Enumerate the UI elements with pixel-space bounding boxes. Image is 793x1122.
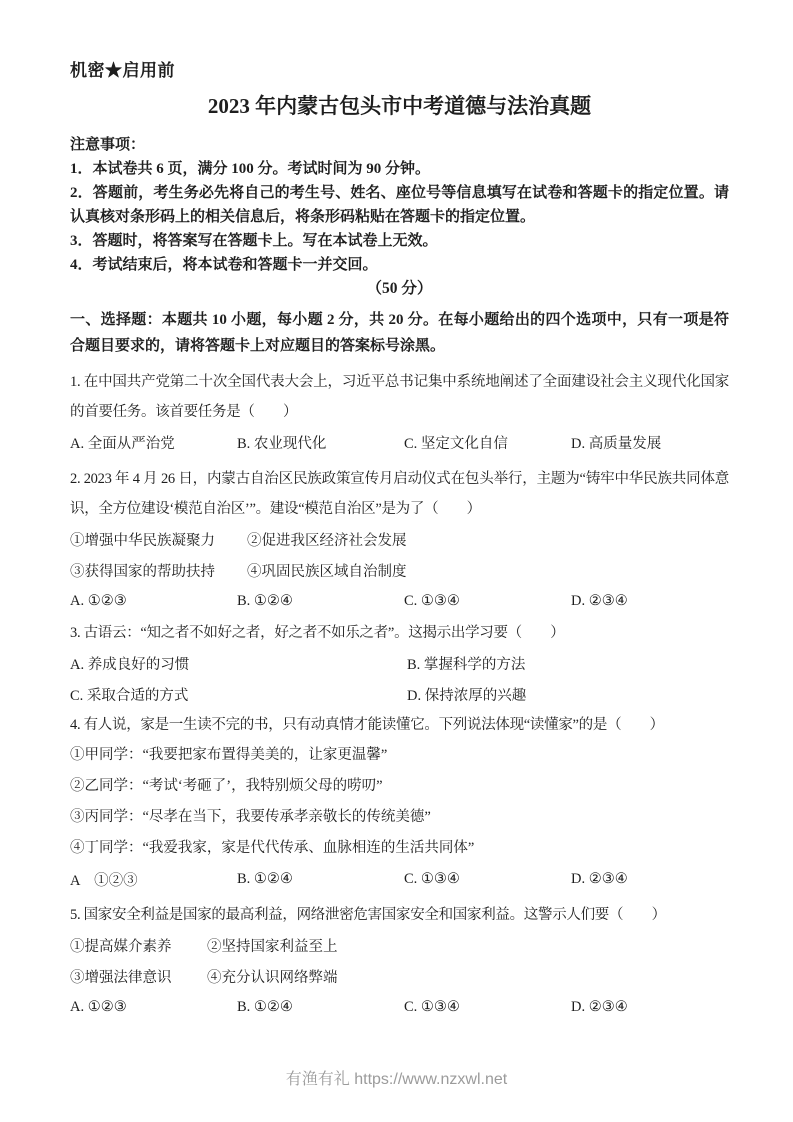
option-d: D. 保持浓厚的兴趣	[407, 684, 526, 705]
question-3-options-row-1: A. 养成良好的习惯 B. 掌握科学的方法	[70, 648, 729, 679]
question-2-stem: 2. 2023 年 4 月 26 日，内蒙古自治区民族政策宣传月启动仪式在包头举…	[70, 464, 729, 524]
option-d: D. 高质量发展	[571, 432, 661, 453]
option-b: B. 农业现代化	[237, 432, 404, 453]
question-2-subitems-row-1: ①增强中华民族凝聚力 ②促进我区经济社会发展	[70, 524, 729, 555]
confidential-label: 机密★启用前	[70, 56, 729, 81]
question-5-subitems-row-2: ③增强法律意识 ④充分认识网络弊端	[70, 961, 729, 992]
option-c: C. ①③④	[404, 593, 571, 610]
option-c: C. ①③④	[404, 871, 571, 888]
subitem-4: ④充分认识网络弊端	[207, 966, 338, 987]
page-content: 机密★启用前 2023 年内蒙古包头市中考道德与法治真题 注意事项： 1．本试卷…	[0, 0, 793, 1022]
question-4-options: A ①②③ B. ①②④ C. ①③④ D. ②③④	[70, 864, 729, 894]
subitem-3: ③增强法律意识	[70, 966, 207, 987]
option-c: C. 坚定文化自信	[404, 432, 571, 453]
option-d: D. ②③④	[571, 871, 628, 888]
notice-item-2: 2．答题前，考生务必先将自己的考生号、姓名、座位号等信息填写在试卷和答题卡的指定…	[70, 181, 729, 229]
subitem-2: ②坚持国家利益至上	[207, 935, 338, 956]
subitem-1: ①甲同学：“我要把家布置得美美的，让家更温馨”	[70, 740, 729, 771]
question-4: 4. 有人说，家是一生读不完的书，只有动真情才能读懂它。下列说法体现“读懂家”的…	[70, 710, 729, 894]
option-b: B. 掌握科学的方法	[407, 653, 525, 674]
question-5-subitems-row-1: ①提高媒介素养 ②坚持国家利益至上	[70, 930, 729, 961]
notice-item-1: 1．本试卷共 6 页，满分 100 分。考试时间为 90 分钟。	[70, 157, 729, 181]
option-b: B. ①②④	[237, 593, 404, 610]
subitem-1: ①增强中华民族凝聚力	[70, 529, 247, 550]
question-2: 2. 2023 年 4 月 26 日，内蒙古自治区民族政策宣传月启动仪式在包头举…	[70, 464, 729, 616]
section-heading: 一、选择题：本题共 10 小题，每小题 2 分，共 20 分。在每小题给出的四个…	[70, 307, 729, 359]
subitem-4: ④巩固民族区域自治制度	[247, 560, 407, 581]
option-a: A. 养成良好的习惯	[70, 653, 407, 674]
option-c: C. 采取合适的方式	[70, 684, 407, 705]
exam-title: 2023 年内蒙古包头市中考道德与法治真题	[70, 91, 729, 121]
subitem-4: ④丁同学：“我爱我家，家是代代传承、血脉相连的生活共同体”	[70, 833, 729, 864]
option-d: D. ②③④	[571, 593, 628, 610]
subitem-2: ②促进我区经济社会发展	[247, 529, 407, 550]
subitem-1: ①提高媒介素养	[70, 935, 207, 956]
subitem-3: ③丙同学：“尽孝在当下，我要传承孝亲敬长的传统美德”	[70, 802, 729, 833]
question-3: 3. 古语云：“知之者不如好之者，好之者不如乐之者”。这揭示出学习要（ ） A.…	[70, 618, 729, 710]
question-3-options-row-2: C. 采取合适的方式 D. 保持浓厚的兴趣	[70, 679, 729, 710]
exam-paper-page: 机密★启用前 2023 年内蒙古包头市中考道德与法治真题 注意事项： 1．本试卷…	[0, 0, 793, 1122]
option-a: A. 全面从严治党	[70, 432, 237, 453]
notice-item-4: 4．考试结束后，将本试卷和答题卡一并交回。	[70, 253, 729, 277]
question-2-subitems-row-2: ③获得国家的帮助扶持 ④巩固民族区域自治制度	[70, 555, 729, 586]
footer-watermark: 有渔有礼 https://www.nzxwl.net	[0, 1066, 793, 1089]
option-a: A ①②③	[70, 869, 237, 890]
subitem-2: ②乙同学：“考试‘考砸了’，我特别烦父母的唠叨”	[70, 771, 729, 802]
question-1: 1. 在中国共产党第二十次全国代表大会上，习近平总书记集中系统地阐述了全面建设社…	[70, 367, 729, 457]
option-a: A. ①②③	[70, 999, 237, 1016]
option-b: B. ①②④	[237, 999, 404, 1016]
question-3-stem: 3. 古语云：“知之者不如好之者，好之者不如乐之者”。这揭示出学习要（ ）	[70, 618, 729, 648]
option-d: D. ②③④	[571, 999, 628, 1016]
question-4-stem: 4. 有人说，家是一生读不完的书，只有动真情才能读懂它。下列说法体现“读懂家”的…	[70, 710, 729, 740]
question-2-options: A. ①②③ B. ①②④ C. ①③④ D. ②③④	[70, 586, 729, 616]
question-1-stem: 1. 在中国共产党第二十次全国代表大会上，习近平总书记集中系统地阐述了全面建设社…	[70, 367, 729, 427]
subitem-3: ③获得国家的帮助扶持	[70, 560, 247, 581]
notice-item-3: 3．答题时，将答案写在答题卡上。写在本试卷上无效。	[70, 229, 729, 253]
option-a: A. ①②③	[70, 593, 237, 610]
option-c: C. ①③④	[404, 999, 571, 1016]
notice-heading: 注意事项：	[70, 133, 729, 157]
question-5-stem: 5. 国家安全利益是国家的最高利益，网络泄密危害国家安全和国家利益。这警示人们要…	[70, 900, 729, 930]
option-b: B. ①②④	[237, 871, 404, 888]
question-1-options: A. 全面从严治党 B. 农业现代化 C. 坚定文化自信 D. 高质量发展	[70, 427, 729, 457]
question-5-options: A. ①②③ B. ①②④ C. ①③④ D. ②③④	[70, 992, 729, 1022]
question-5: 5. 国家安全利益是国家的最高利益，网络泄密危害国家安全和国家利益。这警示人们要…	[70, 900, 729, 1022]
section-score-total: （50 分）	[70, 277, 729, 301]
